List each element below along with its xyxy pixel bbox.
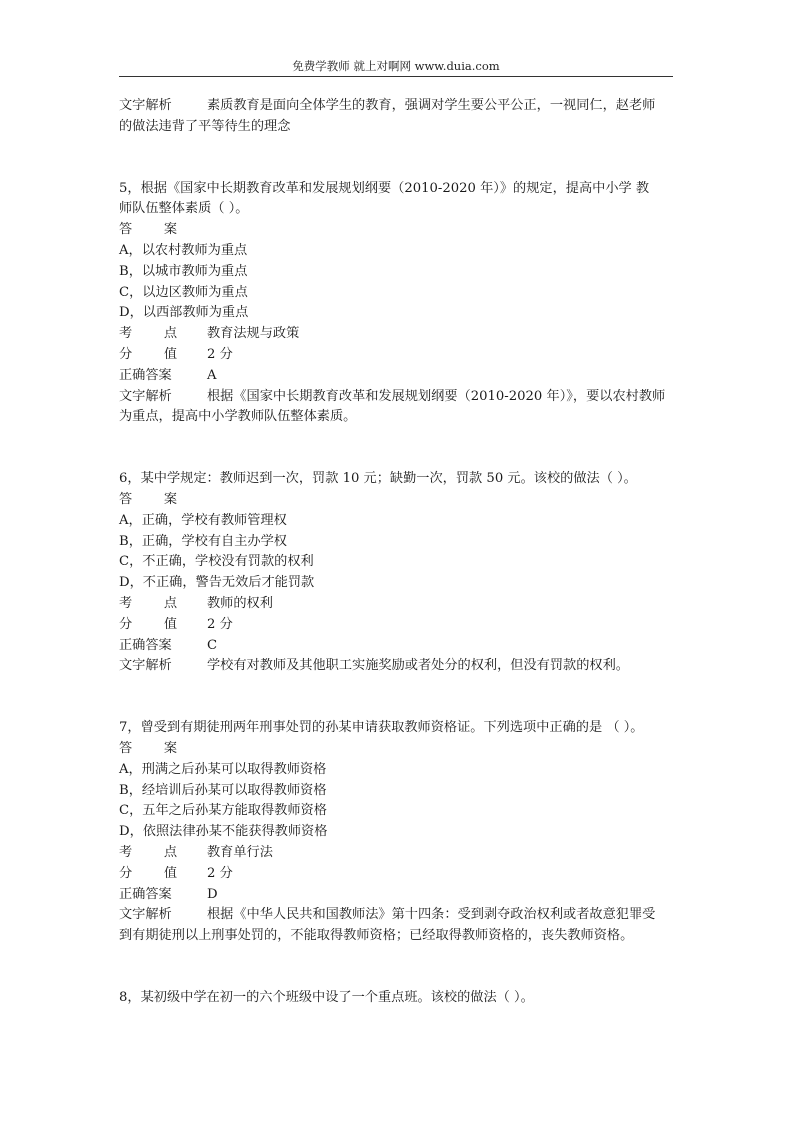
option-a: A，以农村教师为重点	[119, 241, 675, 262]
option-c: C，五年之后孙某方能取得教师资格	[119, 801, 675, 822]
option-b: B，经培训后孙某可以取得教师资格	[119, 781, 675, 802]
point-label: 考点	[119, 594, 177, 615]
point-value: 教育单行法	[207, 845, 273, 860]
option-d: D，不正确，警告无效后才能罚款	[119, 573, 675, 594]
option-b: B，以城市教师为重点	[119, 262, 675, 283]
correct-label: 正确答案	[119, 366, 207, 387]
option-b: B，正确，学校有自主办学权	[119, 532, 675, 553]
score-label: 分值	[119, 864, 177, 885]
analysis-label: 文字解析	[119, 656, 207, 677]
answer-label: 答案	[119, 220, 177, 241]
question-stem: 7，曾受到有期徒刑两年刑事处罚的孙某申请获取教师资格证。下列选项中正确的是 （ …	[119, 718, 675, 739]
option-c: C，以边区教师为重点	[119, 283, 675, 304]
analysis-text: 到有期徒刑以上刑事处罚的，不能取得教师资格；已经取得教师资格的，丧失教师资格。	[119, 926, 675, 947]
option-a: A，正确，学校有教师管理权	[119, 511, 675, 532]
correct-value: C	[207, 638, 217, 653]
point-label: 考点	[119, 843, 177, 864]
prev-analysis: 文字解析素质教育是面向全体学生的教育，强调对学生要公平公正，一视同仁，赵老师 的…	[119, 96, 675, 138]
page-header: 免费学教师 就上对啊网 www.duia.com	[119, 58, 673, 74]
question-stem: 8，某初级中学在初一的六个班级中设了一个重点班。该校的做法（ ）。	[119, 988, 675, 1009]
option-a: A，刑满之后孙某可以取得教师资格	[119, 760, 675, 781]
question-7: 7，曾受到有期徒刑两年刑事处罚的孙某申请获取教师资格证。下列选项中正确的是 （ …	[119, 718, 675, 947]
question-stem: 5，根据《国家中长期教育改革和发展规划纲要（2010-2020 年）》的规定，提…	[119, 179, 675, 200]
option-c: C，不正确，学校没有罚款的权利	[119, 552, 675, 573]
correct-label: 正确答案	[119, 885, 207, 906]
question-stem: 6，某中学规定：教师迟到一次，罚款 10 元；缺勤一次，罚款 50 元。该校的做…	[119, 469, 675, 490]
point-label: 考点	[119, 324, 177, 345]
correct-value: A	[207, 368, 217, 383]
document-body: 文字解析素质教育是面向全体学生的教育，强调对学生要公平公正，一视同仁，赵老师 的…	[119, 96, 675, 1009]
score-label: 分值	[119, 615, 177, 636]
question-5: 5，根据《国家中长期教育改革和发展规划纲要（2010-2020 年）》的规定，提…	[119, 179, 675, 429]
analysis-label: 文字解析	[119, 905, 207, 926]
header-rule	[119, 76, 673, 77]
analysis-text: 根据《中华人民共和国教师法》第十四条：受到剥夺政治权利或者故意犯罪受	[207, 907, 655, 922]
question-stem: 师队伍整体素质（ ）。	[119, 199, 675, 220]
analysis-text: 素质教育是面向全体学生的教育，强调对学生要公平公正，一视同仁，赵老师	[207, 98, 655, 113]
analysis-text: 学校有对教师及其他职工实施奖励或者处分的权利，但没有罚款的权利。	[207, 658, 629, 673]
correct-value: D	[207, 887, 218, 902]
question-8: 8，某初级中学在初一的六个班级中设了一个重点班。该校的做法（ ）。	[119, 988, 675, 1009]
analysis-text: 根据《国家中长期教育改革和发展规划纲要（2010-2020 年）》，要以农村教师	[207, 389, 665, 404]
question-6: 6，某中学规定：教师迟到一次，罚款 10 元；缺勤一次，罚款 50 元。该校的做…	[119, 469, 675, 677]
score-value: 2 分	[207, 617, 233, 632]
answer-label: 答案	[119, 739, 177, 760]
analysis-text: 的做法违背了平等待生的理念	[119, 117, 675, 138]
correct-label: 正确答案	[119, 636, 207, 657]
analysis-label: 文字解析	[119, 387, 207, 408]
option-d: D，以西部教师为重点	[119, 303, 675, 324]
option-d: D，依照法律孙某不能获得教师资格	[119, 822, 675, 843]
score-value: 2 分	[207, 866, 233, 881]
score-label: 分值	[119, 345, 177, 366]
point-value: 教师的权利	[207, 596, 273, 611]
point-value: 教育法规与政策	[207, 326, 299, 341]
answer-label: 答案	[119, 490, 177, 511]
analysis-label: 文字解析	[119, 96, 207, 117]
score-value: 2 分	[207, 347, 233, 362]
analysis-text: 为重点，提高中小学教师队伍整体素质。	[119, 407, 675, 428]
